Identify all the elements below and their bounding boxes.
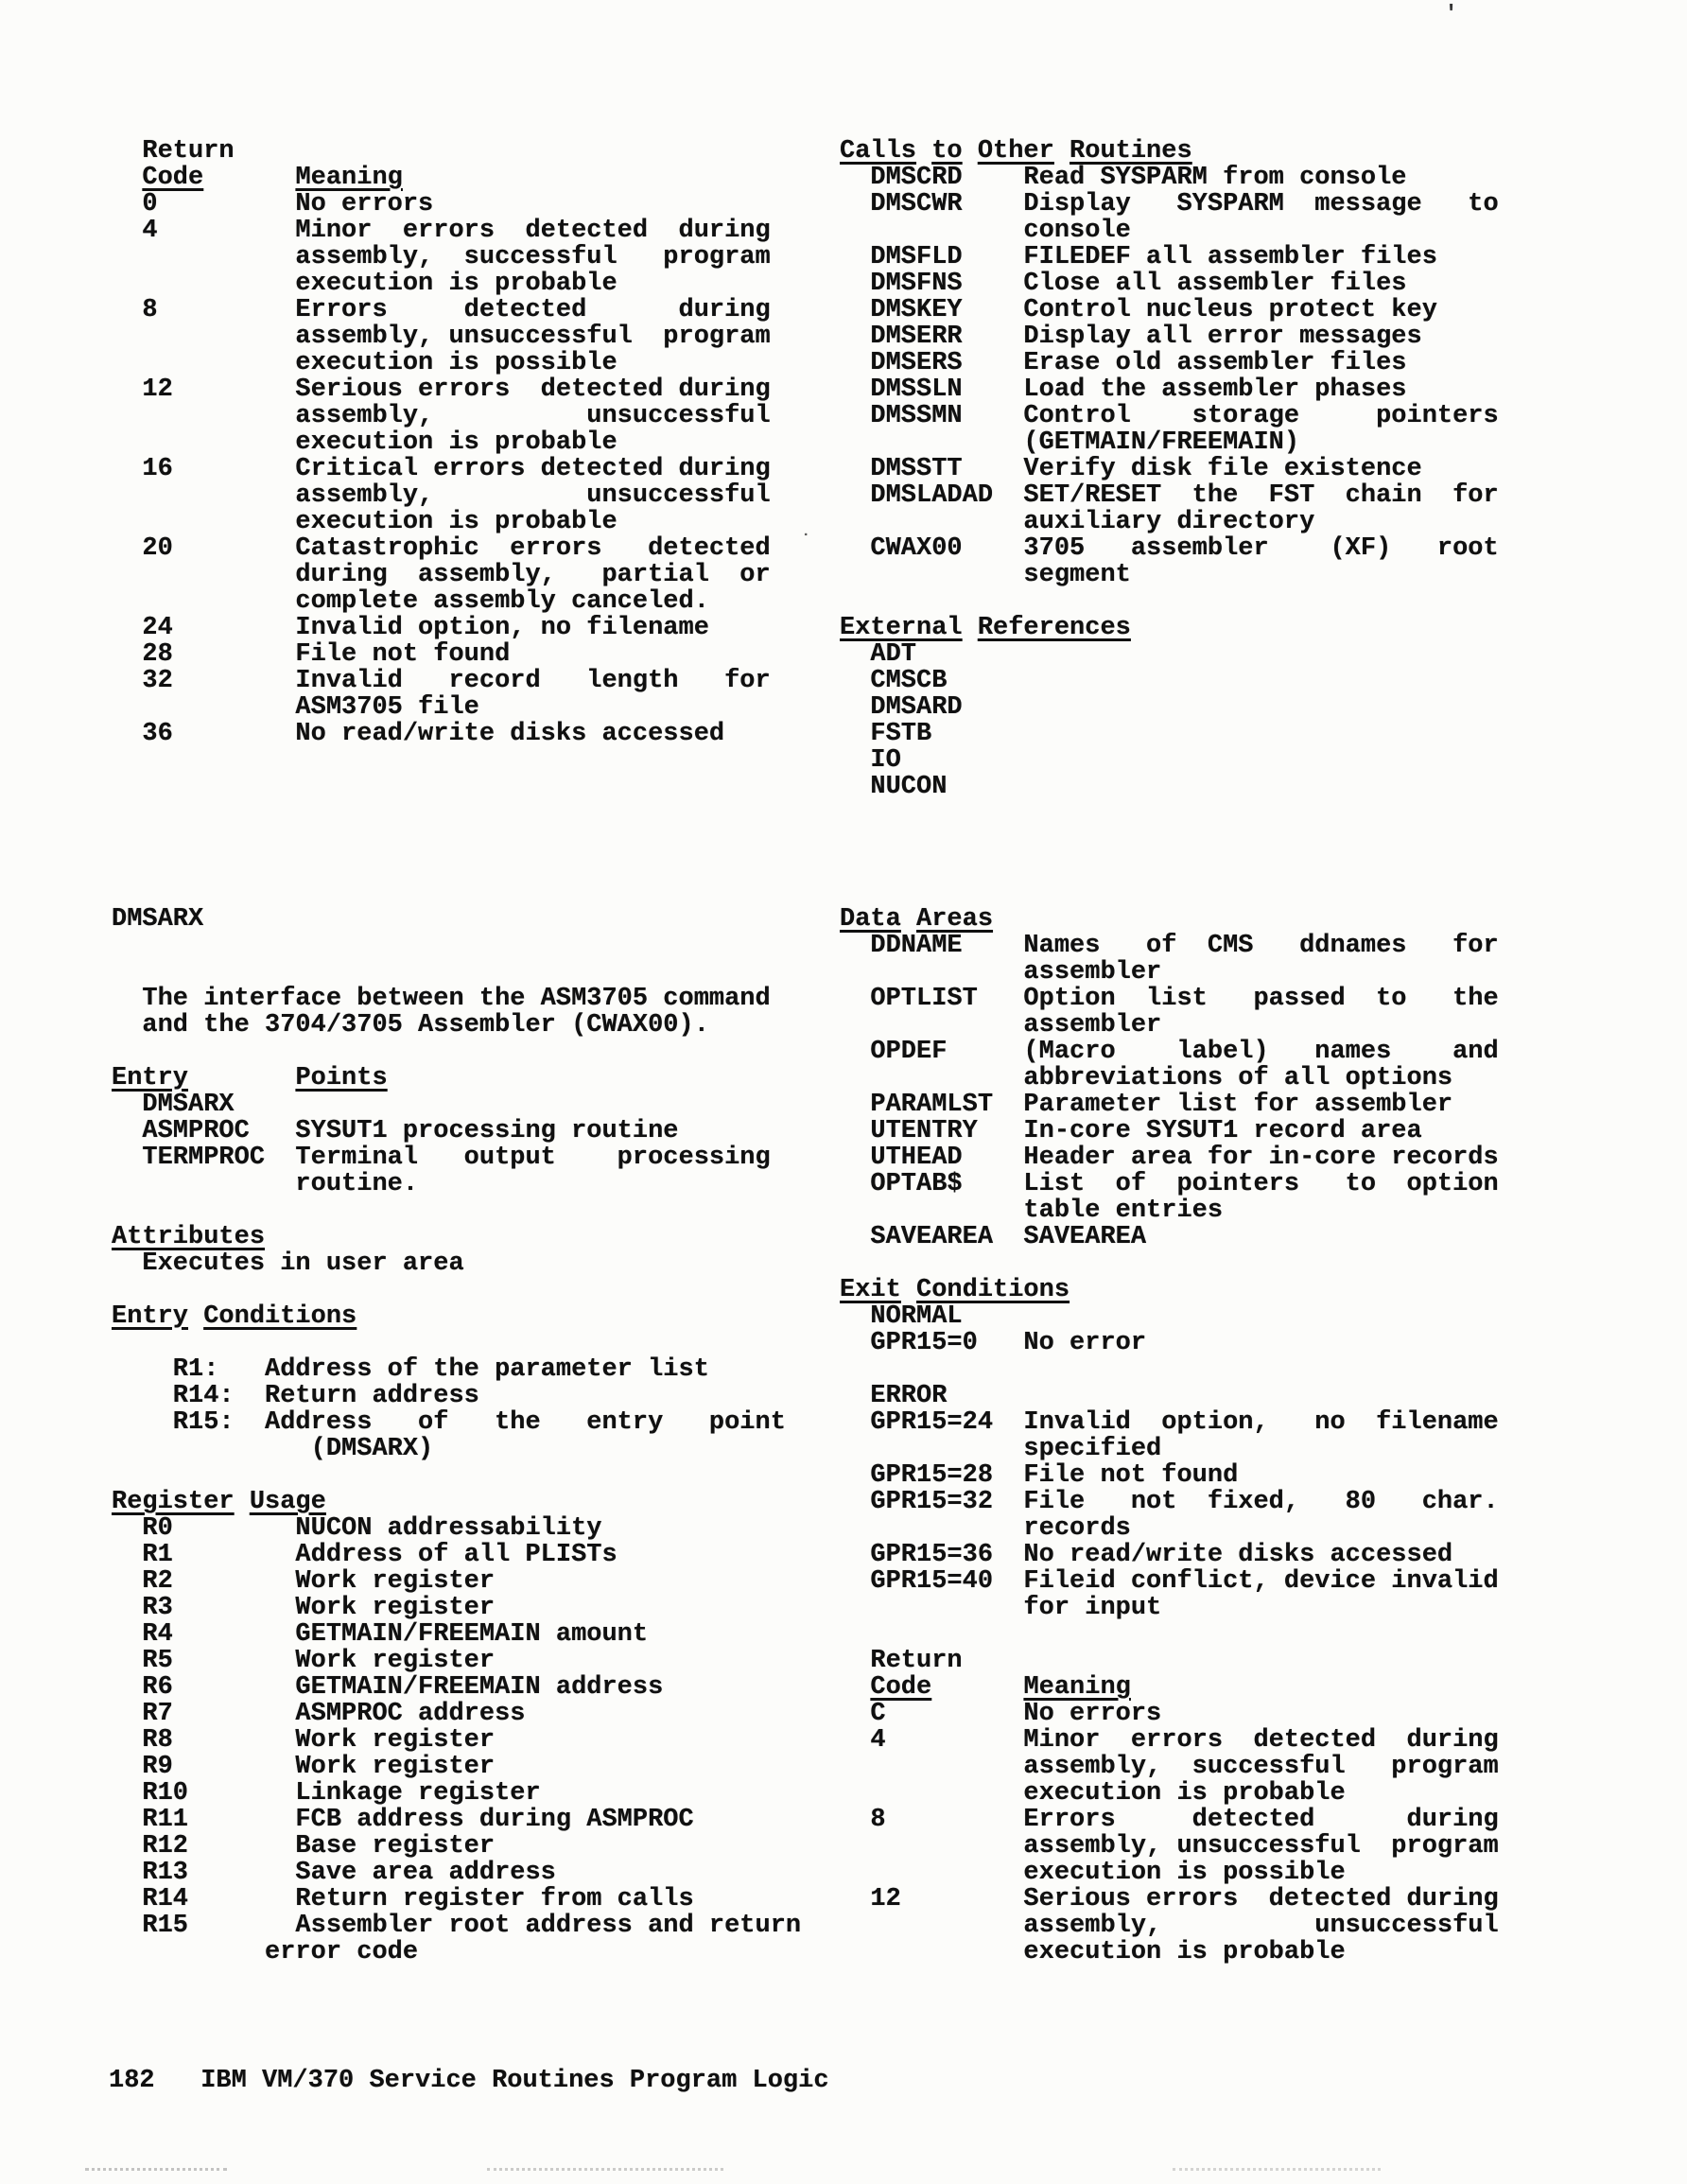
scan-noise-strip: [85, 2168, 227, 2175]
text-line: Return: [840, 1648, 1499, 1674]
scan-noise-strip: [487, 2168, 723, 2175]
text-line: R1: Address of the parameter list: [112, 1356, 801, 1383]
text-line: routine.: [112, 1171, 801, 1197]
underlined-text: References: [978, 614, 1131, 642]
underlined-text: Attributes: [112, 1223, 265, 1251]
text-line: GPR15=0 No error: [840, 1330, 1499, 1356]
text-line: segment: [840, 562, 1499, 588]
text-line: ASM3705 file: [112, 694, 801, 721]
text-line: execution is probable: [840, 1780, 1499, 1807]
text-line: assembly, successful program: [112, 244, 801, 271]
text-line: [840, 588, 1499, 615]
text-line: OPTLIST Option list passed to the: [840, 986, 1499, 1012]
text-line: GPR15=32 File not fixed, 80 char.: [840, 1489, 1499, 1515]
text-line: 20 Catastrophic errors detected: [112, 535, 801, 562]
text-line: Return: [112, 138, 801, 165]
underlined-text: Calls: [840, 137, 916, 166]
text-line: TERMPROC Terminal output processing: [112, 1144, 801, 1171]
text-line: R3 Work register: [112, 1595, 801, 1621]
text-line: abbreviations of all options: [840, 1065, 1499, 1092]
text-line: [112, 747, 801, 774]
heading-line: External References: [840, 615, 1499, 641]
text-line: R8 Work register: [112, 1727, 801, 1754]
text-line: assembler: [840, 959, 1499, 986]
text-line: table entries: [840, 1197, 1499, 1224]
text-line: DMSARD: [840, 694, 1499, 721]
underlined-text: Conditions: [203, 1302, 357, 1331]
text-line: complete assembly canceled.: [112, 588, 801, 615]
text-line: CMSCB: [840, 668, 1499, 694]
text-line: GPR15=40 Fileid conflict, device invalid: [840, 1568, 1499, 1595]
heading-line: Calls to Other Routines: [840, 138, 1499, 165]
text-line: R13 Save area address: [112, 1860, 801, 1886]
scan-artifact-apostrophe: ': [1445, 4, 1457, 25]
text-line: [112, 959, 801, 986]
text-line: DMSCRD Read SYSPARM from console: [840, 165, 1499, 191]
scan-artifact-speck: .: [802, 526, 809, 539]
text-line: [112, 933, 801, 959]
right-column: Calls to Other Routines DMSCRD Read SYSP…: [840, 138, 1499, 1966]
text-line: assembly, successful program: [840, 1754, 1499, 1780]
text-line: NORMAL: [840, 1303, 1499, 1330]
text-line: PARAMLST Parameter list for assembler: [840, 1092, 1499, 1118]
text-line: OPDEF (Macro label) names and: [840, 1039, 1499, 1065]
text-line: for input: [840, 1595, 1499, 1621]
text-line: 24 Invalid option, no filename: [112, 615, 801, 641]
text-line: DMSSTT Verify disk file existence: [840, 456, 1499, 482]
text-line: 8 Errors detected during: [840, 1807, 1499, 1833]
left-column: Return Code Meaning 0 No errors 4 Minor …: [112, 138, 801, 1966]
text-line: DMSFLD FILEDEF all assembler files: [840, 244, 1499, 271]
text-line: [840, 1250, 1499, 1277]
text-line: DMSCWR Display SYSPARM message to: [840, 191, 1499, 218]
text-line: during assembly, partial or: [112, 562, 801, 588]
heading-line: Attributes: [112, 1224, 801, 1250]
underlined-text: Conditions: [916, 1276, 1070, 1304]
text-line: [840, 853, 1499, 880]
text-line: assembly, unsuccessful program: [112, 323, 801, 350]
text-line: DMSSLN Load the assembler phases: [840, 376, 1499, 403]
text-line: 12 Serious errors detected during: [840, 1886, 1499, 1913]
text-line: (GETMAIN/FREEMAIN): [840, 429, 1499, 456]
text-line: SAVEAREA SAVEAREA: [840, 1224, 1499, 1250]
underlined-text: Entry: [112, 1064, 188, 1092]
text-line: DMSARX: [112, 1092, 801, 1118]
text-line: [840, 1356, 1499, 1383]
text-line: FSTB: [840, 721, 1499, 747]
text-line: R2 Work register: [112, 1568, 801, 1595]
text-line: [840, 1621, 1499, 1648]
text-line: GPR15=28 File not found: [840, 1462, 1499, 1489]
heading-line: Exit Conditions: [840, 1277, 1499, 1303]
text-line: [840, 827, 1499, 853]
text-line: [112, 1197, 801, 1224]
underlined-text: to: [931, 137, 962, 166]
text-line: 16 Critical errors detected during: [112, 456, 801, 482]
text-line: auxiliary directory: [840, 509, 1499, 535]
text-line: GPR15=24 Invalid option, no filename: [840, 1409, 1499, 1436]
underlined-text: Code: [870, 1673, 931, 1702]
text-line: [112, 853, 801, 880]
text-line: DMSLADAD SET/RESET the FST chain for: [840, 482, 1499, 509]
text-line: records: [840, 1515, 1499, 1542]
text-line: [840, 880, 1499, 906]
text-line: DMSERR Display all error messages: [840, 323, 1499, 350]
text-line: execution is probable: [112, 271, 801, 297]
underlined-text: External: [840, 614, 963, 642]
text-line: R10 Linkage register: [112, 1780, 801, 1807]
text-line: DMSFNS Close all assembler files: [840, 271, 1499, 297]
text-line: R4 GETMAIN/FREEMAIN amount: [112, 1621, 801, 1648]
text-line: assembly, unsuccessful program: [840, 1833, 1499, 1860]
text-line: error code: [112, 1939, 801, 1966]
text-line: UTENTRY In-core SYSUT1 record area: [840, 1118, 1499, 1144]
underlined-text: Points: [295, 1064, 387, 1092]
heading-line: Code Meaning: [840, 1674, 1499, 1701]
scanned-manual-page: Return Code Meaning 0 No errors 4 Minor …: [0, 0, 1687, 2184]
text-line: 12 Serious errors detected during: [112, 376, 801, 403]
text-line: console: [840, 218, 1499, 244]
text-line: 28 File not found: [112, 641, 801, 668]
heading-line: Entry Points: [112, 1065, 801, 1092]
underlined-text: Meaning: [295, 164, 402, 192]
text-line: R7 ASMPROC address: [112, 1701, 801, 1727]
text-line: R6 GETMAIN/FREEMAIN address: [112, 1674, 801, 1701]
underlined-text: Routines: [1070, 137, 1192, 166]
text-line: The interface between the ASM3705 comman…: [112, 986, 801, 1012]
text-line: [112, 774, 801, 800]
scan-noise-strip: [1173, 2168, 1381, 2175]
text-line: NUCON: [840, 774, 1499, 800]
text-line: execution is probable: [840, 1939, 1499, 1966]
text-line: [112, 1330, 801, 1356]
underlined-text: Code: [142, 164, 203, 192]
text-line: Executes in user area: [112, 1250, 801, 1277]
text-line: [112, 880, 801, 906]
text-line: 0 No errors: [112, 191, 801, 218]
text-line: R11 FCB address during ASMPROC: [112, 1807, 801, 1833]
text-line: [112, 1277, 801, 1303]
underlined-text: Meaning: [1023, 1673, 1130, 1702]
text-line: 4 Minor errors detected during: [840, 1727, 1499, 1754]
text-line: execution is probable: [112, 509, 801, 535]
underlined-text: Data: [840, 905, 901, 934]
text-line: R15: Address of the entry point: [112, 1409, 801, 1436]
text-line: DMSSMN Control storage pointers: [840, 403, 1499, 429]
text-line: OPTAB$ List of pointers to option: [840, 1171, 1499, 1197]
text-line: and the 3704/3705 Assembler (CWAX00).: [112, 1012, 801, 1039]
text-line: [112, 800, 801, 827]
text-line: R14: Return address: [112, 1383, 801, 1409]
underlined-text: Usage: [250, 1488, 326, 1516]
text-line: ASMPROC SYSUT1 processing routine: [112, 1118, 801, 1144]
text-line: [112, 1462, 801, 1489]
heading-line: Entry Conditions: [112, 1303, 801, 1330]
text-line: [112, 827, 801, 853]
text-line: DMSKEY Control nucleus protect key: [840, 297, 1499, 323]
text-line: R15 Assembler root address and return: [112, 1913, 801, 1939]
underlined-text: Register: [112, 1488, 235, 1516]
text-line: DDNAME Names of CMS ddnames for: [840, 933, 1499, 959]
text-line: 8 Errors detected during: [112, 297, 801, 323]
text-line: DMSERS Erase old assembler files: [840, 350, 1499, 376]
text-line: (DMSARX): [112, 1436, 801, 1462]
text-line: UTHEAD Header area for in-core records: [840, 1144, 1499, 1171]
text-line: R5 Work register: [112, 1648, 801, 1674]
heading-line: Data Areas: [840, 906, 1499, 933]
text-line: ADT: [840, 641, 1499, 668]
text-line: IO: [840, 747, 1499, 774]
text-line: assembler: [840, 1012, 1499, 1039]
text-line: [112, 1039, 801, 1065]
underlined-text: Areas: [916, 905, 993, 934]
text-line: C No errors: [840, 1701, 1499, 1727]
heading-line: Register Usage: [112, 1489, 801, 1515]
text-line: assembly, unsuccessful: [112, 482, 801, 509]
page-footer: 182 IBM VM/370 Service Routines Program …: [109, 2068, 829, 2094]
text-line: R14 Return register from calls: [112, 1886, 801, 1913]
text-line: execution is possible: [112, 350, 801, 376]
text-line: 36 No read/write disks accessed: [112, 721, 801, 747]
text-line: GPR15=36 No read/write disks accessed: [840, 1542, 1499, 1568]
text-line: specified: [840, 1436, 1499, 1462]
text-line: R9 Work register: [112, 1754, 801, 1780]
text-line: execution is probable: [112, 429, 801, 456]
text-line: assembly, unsuccessful: [840, 1913, 1499, 1939]
text-line: assembly, unsuccessful: [112, 403, 801, 429]
text-line: DMSARX: [112, 906, 801, 933]
text-line: CWAX00 3705 assembler (XF) root: [840, 535, 1499, 562]
heading-line: Code Meaning: [112, 165, 801, 191]
text-line: ERROR: [840, 1383, 1499, 1409]
underlined-text: Other: [978, 137, 1054, 166]
underlined-text: Exit: [840, 1276, 901, 1304]
text-line: R12 Base register: [112, 1833, 801, 1860]
text-line: R1 Address of all PLISTs: [112, 1542, 801, 1568]
text-line: 32 Invalid record length for: [112, 668, 801, 694]
underlined-text: Entry: [112, 1302, 188, 1331]
text-line: [840, 800, 1499, 827]
text-line: R0 NUCON addressability: [112, 1515, 801, 1542]
text-line: execution is possible: [840, 1860, 1499, 1886]
text-line: 4 Minor errors detected during: [112, 218, 801, 244]
